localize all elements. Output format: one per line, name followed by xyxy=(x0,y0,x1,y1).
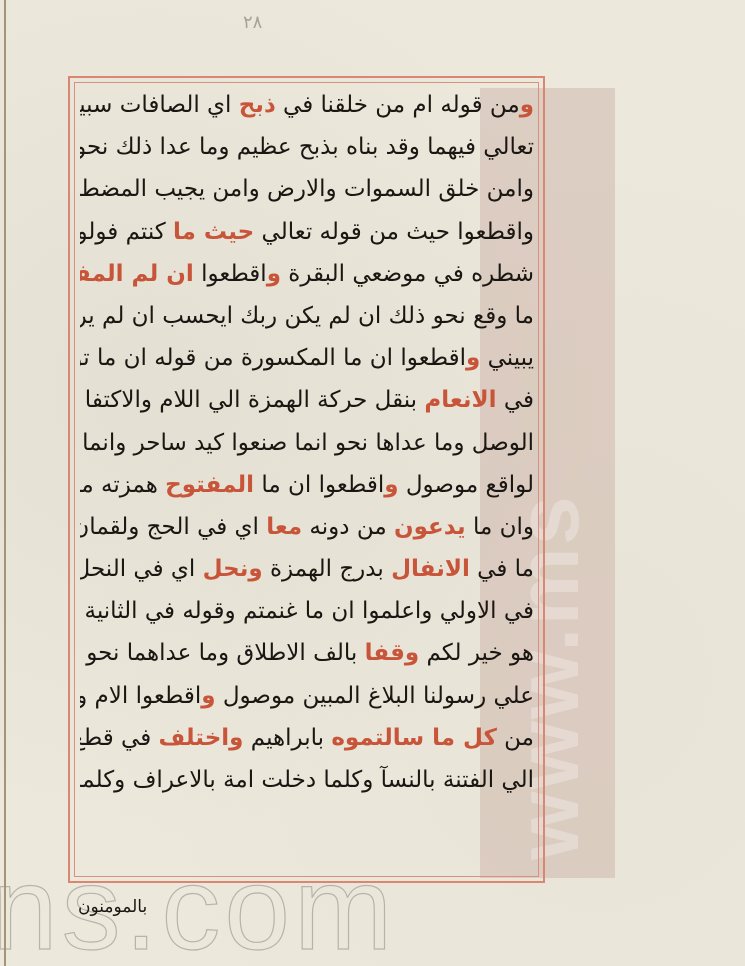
text-segment: من دونه xyxy=(302,514,394,540)
text-line: وامن خلق السموات والارض وامن يجيب المضطر… xyxy=(80,168,534,210)
text-line: ما وقع نحو ذلك ان لم يكن ربك ايحسب ان لم… xyxy=(80,295,534,337)
rubric-word: المفتوح xyxy=(165,472,254,498)
text-segment: في الاولي واعلموا ان ما غنمتم وقوله في ا… xyxy=(80,598,534,624)
rubric-word: و xyxy=(201,683,215,709)
text-segment: هو خير لكم xyxy=(419,640,534,666)
rubric-word: ان لم المفتوح xyxy=(80,261,194,287)
text-line: واقطعوا حيث من قوله تعالي حيث ما كنتم فو… xyxy=(80,211,534,253)
folio-number: ٢٨ xyxy=(243,12,262,33)
text-segment: في xyxy=(497,387,534,413)
rubric-word: حيث ما xyxy=(173,219,254,245)
text-segment: اي في النحل من قوله تعالي xyxy=(80,556,203,582)
text-line: يبيني واقطعوا ان ما المكسورة من قوله ان … xyxy=(80,337,534,379)
text-segment: كنتم فولوا وجوهكم xyxy=(80,219,173,245)
rubric-word: معا xyxy=(266,514,302,540)
text-line: في الانعام بنقل حركة الهمزة الي اللام وا… xyxy=(80,379,534,421)
text-segment: لواقع موصول xyxy=(399,472,534,498)
text-segment: ما وقع نحو ذلك ان لم يكن ربك ايحسب ان لم… xyxy=(80,303,534,329)
text-segment: بدرج الهمزة xyxy=(263,556,391,582)
text-line: ما في الانفال بدرج الهمزة ونحل اي في الن… xyxy=(80,548,534,590)
text-segment: بالف الاطلاق وما عداهما نحو فاعلموا انما xyxy=(80,640,365,666)
text-segment: الي الفتنة بالنسآ وكلما دخلت امة بالاعرا… xyxy=(80,767,534,793)
text-segment: الوصل وما عداها نحو انما صنعوا كيد ساحر … xyxy=(80,430,534,456)
text-segment: علي رسولنا البلاغ المبين موصول xyxy=(216,683,534,709)
rubric-word: يدعون xyxy=(394,514,466,540)
text-segment: تعالي فيهما وقد بناه بذبح عظيم وما عدا ذ… xyxy=(80,134,534,160)
rubric-word: الانفال xyxy=(391,556,470,582)
text-line: شطره في موضعي البقرة واقطعوا ان لم المفت… xyxy=(80,253,534,295)
rubric-word: كل ما سالتموه xyxy=(331,725,497,751)
text-line: علي رسولنا البلاغ المبين موصول واقطعوا ا… xyxy=(80,675,534,717)
text-line: الوصل وما عداها نحو انما صنعوا كيد ساحر … xyxy=(80,422,534,464)
text-line: هو خير لكم وقفا بالف الاطلاق وما عداهما … xyxy=(80,632,534,674)
rubric-word: الانعام xyxy=(424,387,496,413)
rubric-word: ذبح xyxy=(239,92,276,118)
page-edge-line xyxy=(4,0,6,966)
text-segment: بنقل حركة الهمزة الي اللام والاكتفا بها … xyxy=(80,387,424,413)
text-segment: من xyxy=(497,725,534,751)
text-segment: اقطعوا الام واتاكـم xyxy=(80,683,201,709)
text-segment: يبيني xyxy=(480,345,534,371)
rubric-word: ونحل xyxy=(203,556,263,582)
rubric-word: واختلف xyxy=(159,725,244,751)
text-segment: ما في xyxy=(470,556,534,582)
watermark-bottom: ns.com xyxy=(0,850,396,966)
text-line: من كل ما سالتموه بابراهيم واختلف في قطع … xyxy=(80,717,534,759)
text-segment: اقطعوا ان ما المكسورة من قوله ان ما توعد… xyxy=(80,345,466,371)
rubric-word: وقفا xyxy=(365,640,420,666)
text-segment: شطره في موضعي البقرة xyxy=(281,261,534,287)
text-segment: من قوله ام من خلقنا في xyxy=(276,92,520,118)
text-line: الي الفتنة بالنسآ وكلما دخلت امة بالاعرا… xyxy=(80,759,534,801)
rubric-word: و xyxy=(466,345,480,371)
text-segment: واقطعوا حيث من قوله تعالي xyxy=(254,219,534,245)
text-segment: اقطعوا xyxy=(194,261,267,287)
text-segment: همزته من قوله تعالي xyxy=(80,472,165,498)
text-line: وان ما يدعون من دونه معا اي في الحج ولقم… xyxy=(80,506,534,548)
text-segment: وامن خلق السموات والارض وامن يجيب المضطر… xyxy=(80,176,534,202)
text-segment: في قطع كلما xyxy=(80,725,159,751)
text-block: ومن قوله ام من خلقنا في ذبح اي الصافات س… xyxy=(80,84,534,874)
text-line: في الاولي واعلموا ان ما غنمتم وقوله في ا… xyxy=(80,590,534,632)
text-segment: وان ما xyxy=(466,514,534,540)
manuscript-page: ٢٨ www.ms ومن قوله ام من خلقنا في ذبح اي… xyxy=(0,0,745,966)
text-segment: اقطعوا ان ما xyxy=(254,472,384,498)
catchword: بالمومنون xyxy=(78,897,147,917)
rubric-word: و xyxy=(520,92,534,118)
rubric-word: و xyxy=(384,472,398,498)
text-line: لواقع موصول واقطعوا ان ما المفتوح همزته … xyxy=(80,464,534,506)
text-segment: بابراهيم xyxy=(243,725,331,751)
text-segment: اي في الحج ولقمان xyxy=(80,514,266,540)
text-line: ومن قوله ام من خلقنا في ذبح اي الصافات س… xyxy=(80,84,534,126)
text-segment: اي الصافات سبيت به لقولـه xyxy=(80,92,239,118)
text-line: تعالي فيهما وقد بناه بذبح عظيم وما عدا ذ… xyxy=(80,126,534,168)
rubric-word: و xyxy=(267,261,281,287)
